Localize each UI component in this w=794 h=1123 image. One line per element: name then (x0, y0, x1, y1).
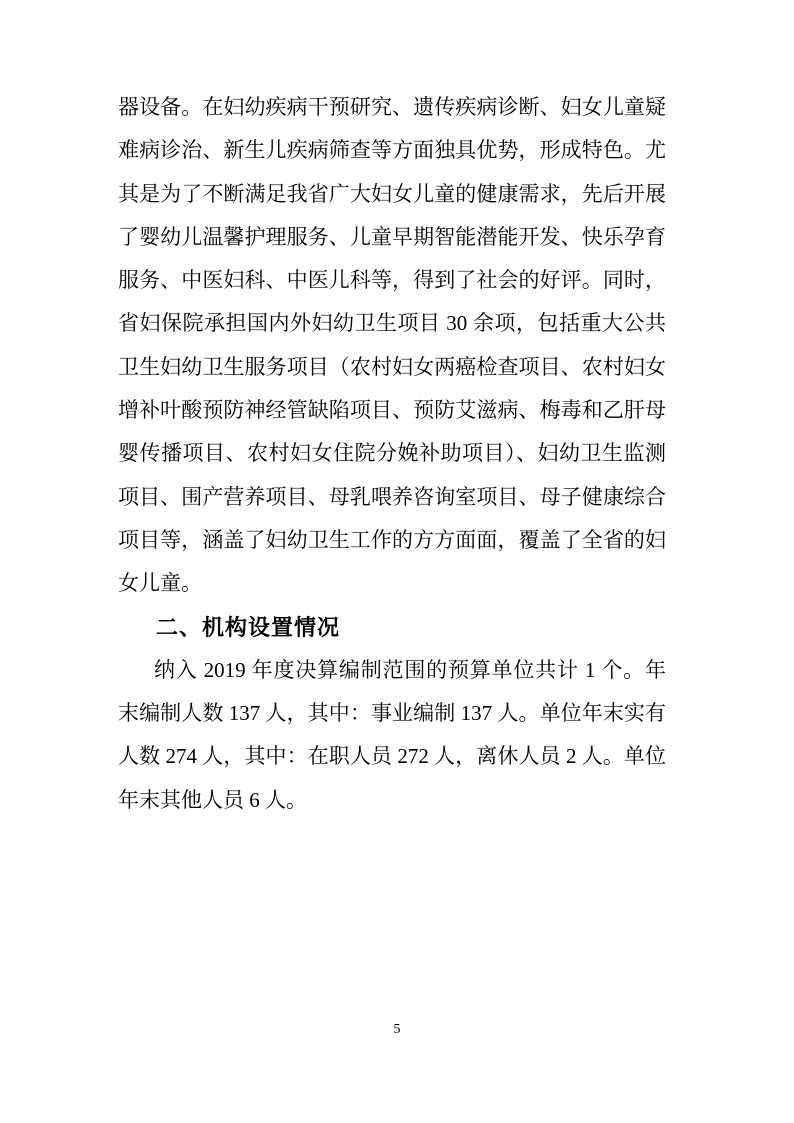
body-line: 纳入 2019 年度决算编制范围的预算单位共计 1 个。年 (118, 649, 666, 692)
body-line: 婴传播项目、农村妇女住院分娩补助项目）、妇幼卫生监测 (118, 432, 666, 475)
document-body: 器设备。在妇幼疾病干预研究、遗传疾病诊断、妇女儿童疑 难病诊治、新生儿疾病筛查等… (118, 86, 666, 822)
body-line: 了婴幼儿温馨护理服务、儿童早期智能潜能开发、快乐孕育 (118, 216, 666, 259)
body-line: 年末其他人员 6 人。 (118, 779, 666, 822)
section-heading: 二、机构设置情况 (118, 606, 666, 649)
body-line: 项目等，涵盖了妇幼卫生工作的方方面面，覆盖了全省的妇 (118, 519, 666, 562)
body-line: 女儿童。 (118, 562, 666, 605)
body-line: 省妇保院承担国内外妇幼卫生项目 30 余项，包括重大公共 (118, 302, 666, 345)
body-line: 卫生妇幼卫生服务项目（农村妇女两癌检查项目、农村妇女 (118, 346, 666, 389)
body-line: 其是为了不断满足我省广大妇女儿童的健康需求，先后开展 (118, 173, 666, 216)
body-line: 项目、围产营养项目、母乳喂养咨询室项目、母子健康综合 (118, 476, 666, 519)
document-page: 器设备。在妇幼疾病干预研究、遗传疾病诊断、妇女儿童疑 难病诊治、新生儿疾病筛查等… (0, 0, 794, 1123)
body-line: 人数 274 人，其中：在职人员 272 人，离休人员 2 人。单位 (118, 735, 666, 778)
body-line: 增补叶酸预防神经管缺陷项目、预防艾滋病、梅毒和乙肝母 (118, 389, 666, 432)
body-line: 末编制人数 137 人，其中：事业编制 137 人。单位年末实有 (118, 692, 666, 735)
body-line: 难病诊治、新生儿疾病筛查等方面独具优势，形成特色。尤 (118, 129, 666, 172)
page-number: 5 (0, 1020, 794, 1040)
body-line: 服务、中医妇科、中医儿科等，得到了社会的好评。同时， (118, 259, 666, 302)
body-line: 器设备。在妇幼疾病干预研究、遗传疾病诊断、妇女儿童疑 (118, 86, 666, 129)
